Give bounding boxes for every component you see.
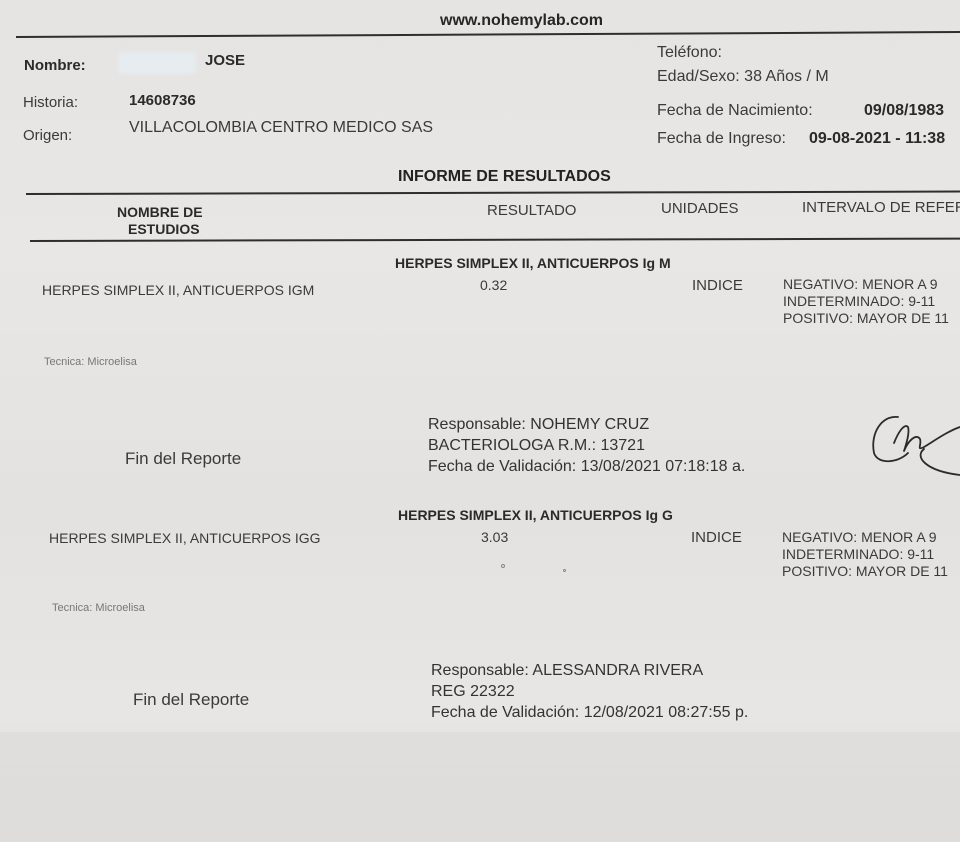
signature-icon <box>868 405 960 480</box>
origin-value: VILLACOLOMBIA CENTRO MEDICO SAS <box>129 119 433 137</box>
validator-block: Responsable: ALESSANDRA RIVERA REG 22322… <box>431 660 748 723</box>
header-divider <box>16 31 960 38</box>
paper-speck <box>501 564 505 568</box>
study-name: HERPES SIMPLEX II, ANTICUERPOS IGM <box>42 282 314 298</box>
technique-note: Tecnica: Microelisa <box>52 602 145 614</box>
responsible-name: Responsable: ALESSANDRA RIVERA <box>431 660 748 681</box>
phone-label: Teléfono: <box>657 44 722 62</box>
column-result: RESULTADO <box>487 202 576 219</box>
paper-speck <box>563 569 566 572</box>
end-of-report: Fin del Reporte <box>133 690 249 710</box>
columns-divider <box>30 238 960 242</box>
result-value: 0.32 <box>480 277 507 293</box>
study-name: HERPES SIMPLEX II, ANTICUERPOS IGG <box>49 530 321 546</box>
title-divider <box>26 191 960 195</box>
history-number: 14608736 <box>129 92 196 109</box>
name-label: Nombre: <box>24 57 86 74</box>
history-label: Historia: <box>23 94 78 111</box>
end-of-report: Fin del Reporte <box>125 449 241 469</box>
origin-label: Origen: <box>23 127 72 144</box>
result-value: 3.03 <box>481 529 508 545</box>
validation-date: Fecha de Validación: 13/08/2021 07:18:18… <box>428 456 745 477</box>
validator-block: Responsable: NOHEMY CRUZ BACTERIOLOGA R.… <box>428 414 745 477</box>
redacted-surname <box>118 52 196 74</box>
result-units: INDICE <box>691 529 742 546</box>
lab-report-page: www.nohemylab.com Nombre: JOSE Historia:… <box>0 0 960 842</box>
section-heading: HERPES SIMPLEX II, ANTICUERPOS Ig G <box>398 507 673 523</box>
column-study-name: NOMBRE DE ESTUDIOS <box>117 204 203 238</box>
responsible-credential: BACTERIOLOGA R.M.: 13721 <box>428 435 745 456</box>
patient-name: JOSE <box>205 52 245 69</box>
website-url: www.nohemylab.com <box>440 12 603 30</box>
responsible-credential: REG 22322 <box>431 681 748 702</box>
result-units: INDICE <box>692 277 743 294</box>
column-units: UNIDADES <box>661 200 739 217</box>
column-reference: INTERVALO DE REFERENCIA <box>802 199 960 216</box>
blank-paper-area <box>0 732 960 842</box>
responsible-name: Responsable: NOHEMY CRUZ <box>428 414 745 435</box>
admission-date-label: Fecha de Ingreso: <box>657 130 786 148</box>
validation-date: Fecha de Validación: 12/08/2021 08:27:55… <box>431 702 748 723</box>
technique-note: Tecnica: Microelisa <box>44 356 137 368</box>
birth-date-value: 09/08/1983 <box>864 102 944 120</box>
birth-date-label: Fecha de Nacimiento: <box>657 102 813 120</box>
reference-range: NEGATIVO: MENOR A 9 INDETERMINADO: 9-11 … <box>783 276 949 327</box>
age-sex: Edad/Sexo: 38 Años / M <box>657 68 829 86</box>
reference-range: NEGATIVO: MENOR A 9 INDETERMINADO: 9-11 … <box>782 529 948 580</box>
section-heading: HERPES SIMPLEX II, ANTICUERPOS Ig M <box>395 255 671 271</box>
admission-date-value: 09-08-2021 - 11:38 <box>809 130 945 148</box>
report-title: INFORME DE RESULTADOS <box>398 168 611 186</box>
